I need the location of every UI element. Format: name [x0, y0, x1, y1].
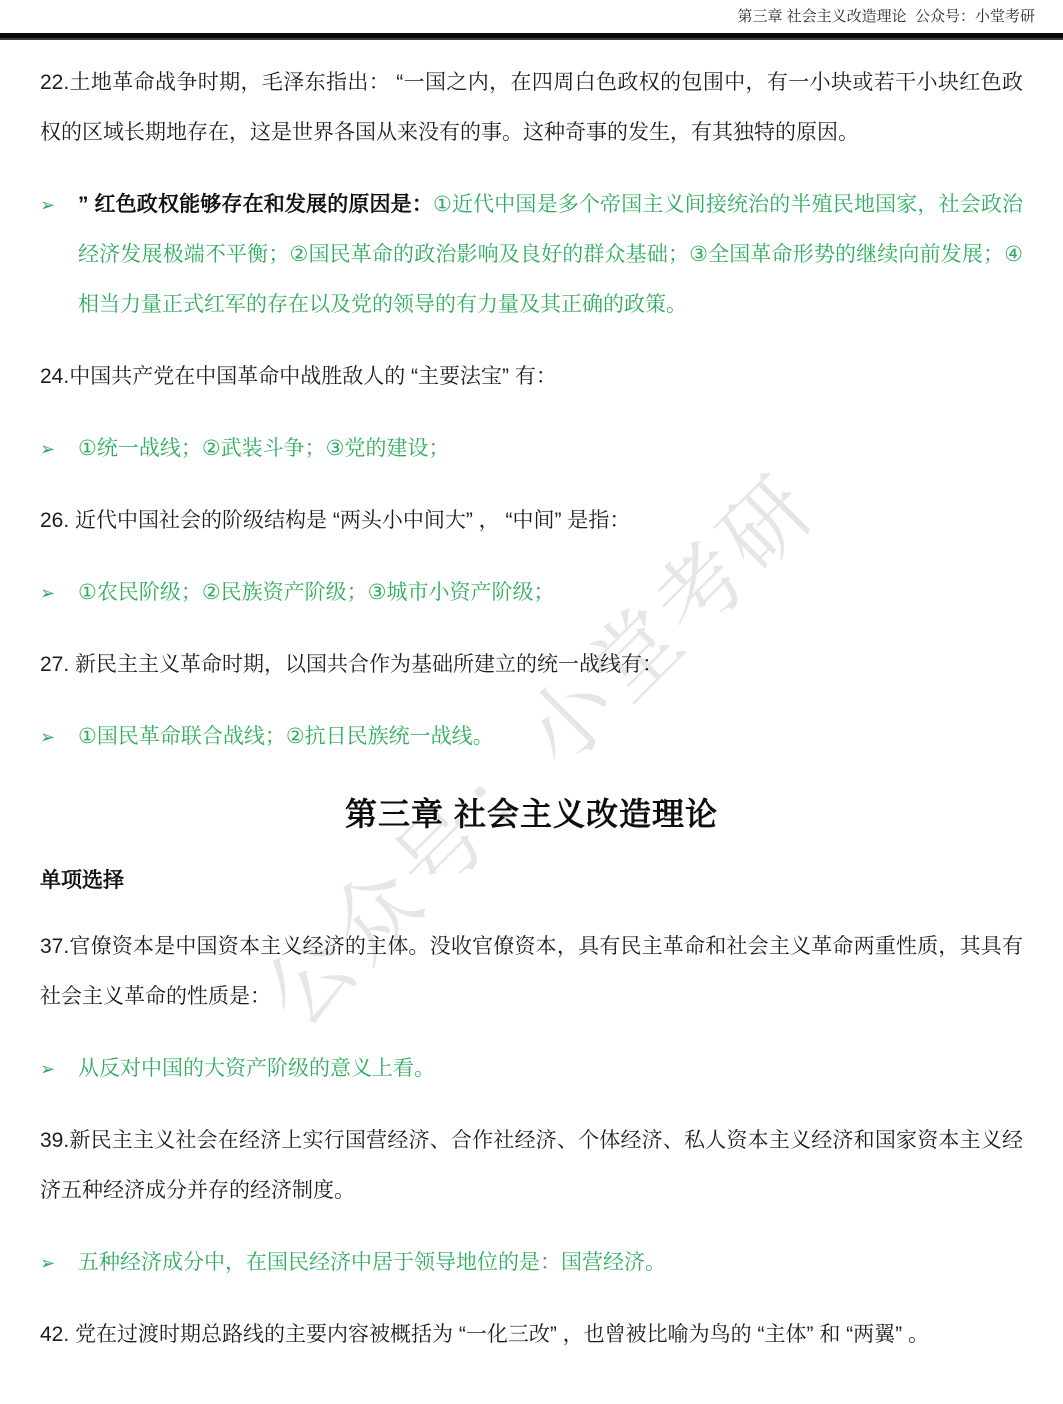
question-42: 42. 党在过渡时期总路线的主要内容被概括为 “一化三改” ，也曾被比喻为鸟的 … — [40, 1310, 1023, 1360]
answer-22-text: ” 红色政权能够存在和发展的原因是：①近代中国是多个帝国主义间接统治的半殖民地国… — [78, 180, 1023, 330]
arrow-bullet-icon: ➢ — [40, 1044, 78, 1094]
answer-26-text: ①农民阶级；②民族资产阶级；③城市小资产阶级； — [78, 568, 1023, 618]
question-27: 27. 新民主主义革命时期，以国共合作为基础所建立的统一战线有： — [40, 640, 1023, 690]
arrow-bullet-icon: ➢ — [40, 424, 78, 474]
arrow-bullet-icon: ➢ — [40, 712, 78, 762]
header-running-title: 第三章 社会主义改造理论 公众号：小堂考研 — [0, 6, 1063, 28]
header-rule — [0, 33, 1063, 40]
document-page: 第三章 社会主义改造理论 公众号：小堂考研 公众号：小堂考研 22.土地革命战争… — [0, 0, 1063, 1404]
answer-22: ➢ ” 红色政权能够存在和发展的原因是：①近代中国是多个帝国主义间接统治的半殖民… — [40, 180, 1023, 330]
arrow-bullet-icon: ➢ — [40, 180, 78, 230]
page-header: 第三章 社会主义改造理论 公众号：小堂考研 — [0, 0, 1063, 40]
chapter-heading: 第三章 社会主义改造理论 — [40, 790, 1023, 838]
answer-24-text: ①统一战线；②武装斗争；③党的建设； — [78, 424, 1023, 474]
answer-22-lead: ” 红色政权能够存在和发展的原因是： — [78, 193, 433, 216]
arrow-bullet-icon: ➢ — [40, 1238, 78, 1288]
question-39: 39.新民主主义社会在经济上实行国营经济、合作社经济、个体经济、私人资本主义经济… — [40, 1116, 1023, 1216]
arrow-bullet-icon: ➢ — [40, 568, 78, 618]
question-37: 37.官僚资本是中国资本主义经济的主体。没收官僚资本，具有民主革命和社会主义革命… — [40, 922, 1023, 1022]
answer-27: ➢ ①国民革命联合战线；②抗日民族统一战线。 — [40, 712, 1023, 762]
answer-39: ➢ 五种经济成分中，在国民经济中居于领导地位的是：国营经济。 — [40, 1238, 1023, 1288]
answer-27-text: ①国民革命联合战线；②抗日民族统一战线。 — [78, 712, 1023, 762]
section-label-single-choice: 单项选择 — [40, 866, 1023, 896]
answer-24: ➢ ①统一战线；②武装斗争；③党的建设； — [40, 424, 1023, 474]
question-22: 22.土地革命战争时期，毛泽东指出： “一国之内，在四周白色政权的包围中，有一小… — [40, 58, 1023, 158]
question-24: 24.中国共产党在中国革命中战胜敌人的 “主要法宝” 有： — [40, 352, 1023, 402]
question-26: 26. 近代中国社会的阶级结构是 “两头小中间大” ， “中间” 是指： — [40, 496, 1023, 546]
answer-37-text: 从反对中国的大资产阶级的意义上看。 — [78, 1044, 1023, 1094]
answer-39-text: 五种经济成分中，在国民经济中居于领导地位的是：国营经济。 — [78, 1238, 1023, 1288]
document-body: 22.土地革命战争时期，毛泽东指出： “一国之内，在四周白色政权的包围中，有一小… — [0, 40, 1063, 1402]
answer-26: ➢ ①农民阶级；②民族资产阶级；③城市小资产阶级； — [40, 568, 1023, 618]
answer-37: ➢ 从反对中国的大资产阶级的意义上看。 — [40, 1044, 1023, 1094]
